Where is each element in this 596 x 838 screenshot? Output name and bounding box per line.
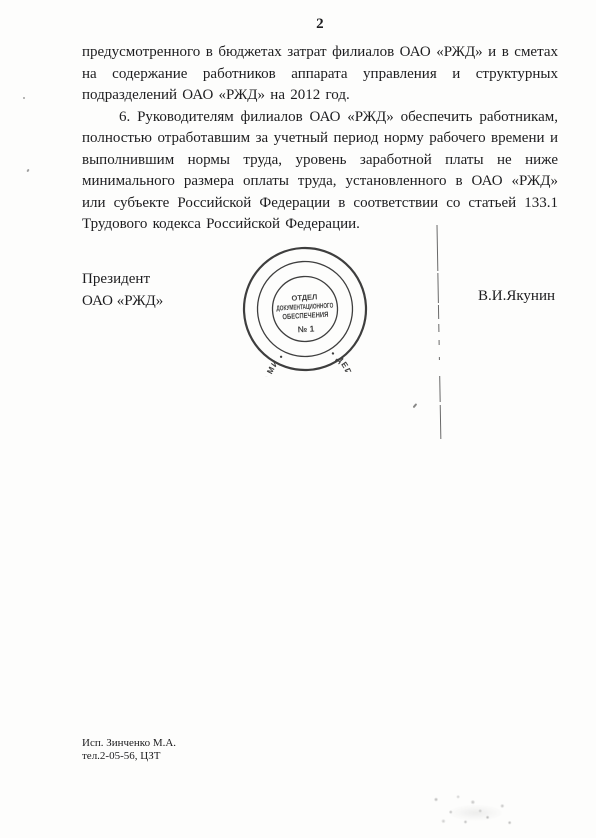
stamp-graphic: Открытое акционерное общество «Российски… (237, 241, 374, 378)
paragraph: предусмотренного в бюджетах затрат филиа… (82, 42, 558, 107)
scan-speck (413, 403, 417, 408)
stamp-center-line: ОТДЕЛ (291, 292, 317, 302)
signature-name: В.И.Якунин (478, 288, 555, 305)
executor-phone: тел.2-05-56, ЦЗТ (82, 750, 176, 763)
executor-name: Исп. Зинченко М.А. (82, 737, 176, 750)
signature-role-line: ОАО «РЖД» (82, 290, 163, 312)
document-body: предусмотренного в бюджетах затрат филиа… (82, 42, 558, 236)
signature-role-line: Президент (82, 268, 163, 290)
page-number: 2 (82, 16, 558, 33)
scan-speck (23, 97, 25, 99)
stamp-center-line: ОБЕСПЕЧЕНИЯ (282, 310, 328, 321)
signature-role: Президент ОАО «РЖД» (82, 268, 163, 312)
stamp-inner-ring-text: • ДЕПАРТАМЕНТ УПРАВЛЕНИЯ ДЕЛАМИ • (260, 348, 358, 377)
stamp-number-line: № 1 (298, 324, 315, 335)
paragraph: 6. Руководителям филиалов ОАО «РЖД» обес… (82, 107, 558, 236)
scanned-document-page: 2 предусмотренного в бюджетах затрат фил… (0, 0, 596, 838)
scan-speck (26, 169, 29, 173)
scan-noise-patch (425, 790, 517, 828)
round-office-stamp: Открытое акционерное общество «Российски… (237, 241, 374, 378)
fold-crease-artifact (430, 222, 446, 452)
executor-note: Исп. Зинченко М.А. тел.2-05-56, ЦЗТ (82, 737, 176, 763)
